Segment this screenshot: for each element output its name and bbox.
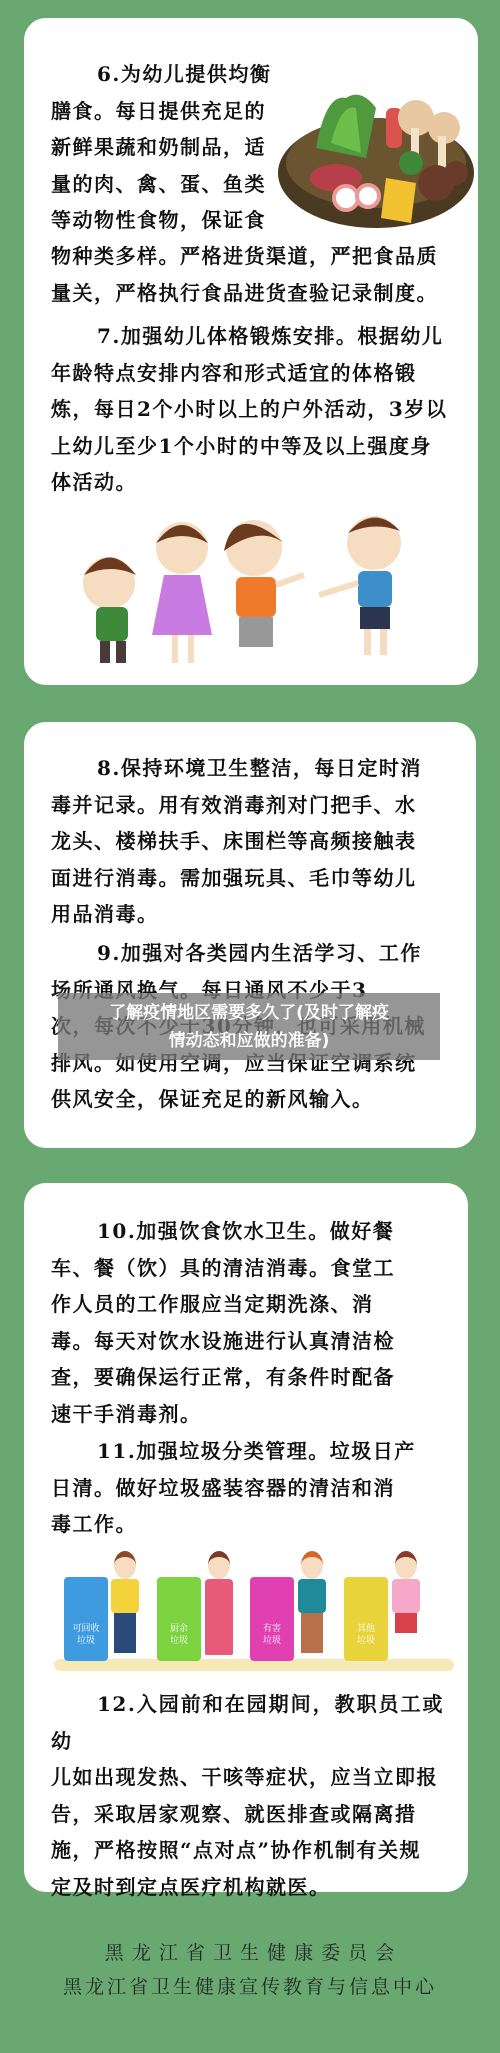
text-line: 膳食。每日提供充足的 [51,93,288,130]
text-line: 炼，每日2个小时以上的户外活动，3岁以 [51,391,454,428]
person-pink-shirt [391,1551,421,1661]
paragraph-6-diet: 6.为幼儿提供均衡 膳食。每日提供充足的 新鲜果蔬和奶制品，适 量的肉、禽、蛋、… [51,56,288,239]
bin-label: 有害 [250,1623,294,1635]
paragraph-12-symptoms: 12.入园前和在园期间，教职员工或幼 儿如出现发热、干咳等症状，应当立即报 告，… [51,1686,444,1905]
bin-label: 其他 [344,1623,388,1635]
item-number: 6. [97,62,121,86]
item-number: 11. [97,1439,136,1463]
bin-label: 厨余 [157,1623,201,1635]
item-number: 10. [97,1219,136,1243]
text-line: 速干手消毒剂。 [51,1396,444,1433]
bin-kitchen: 厨余垃圾 [157,1577,201,1661]
paragraph-10-food-water: 10.加强饮食饮水卫生。做好餐 车、餐（饮）具的清洁消毒。食堂工 作人员的工作服… [51,1213,444,1432]
footer-org-commission: 黑 龙 江 省 卫 生 健 康 委 员 会 [0,1938,500,1965]
text-line: 查，要确保运行正常，有条件时配备 [51,1359,444,1396]
text-line: 作人员的工作服应当定期洗涤、消 [51,1286,444,1323]
text-line: 为幼儿提供均衡 [121,62,272,86]
text-line: 施，严格按照“点对点”协作机制有关规 [51,1832,444,1869]
overlay-title-line1: 了解疫情地区需要多久了(及时了解疫 [58,999,440,1027]
text-line: 毒。每天对饮水设施进行认真清洁检 [51,1323,444,1360]
text-line: 定及时到定点医疗机构就医。 [51,1869,444,1906]
bin-label: 垃圾 [157,1635,201,1647]
text-line: 体活动。 [51,464,454,501]
item-number: 12. [97,1692,136,1716]
text-line: 年龄特点安排内容和形式适宜的体格锻 [51,355,454,392]
bin-label: 垃圾 [250,1635,294,1647]
person-pink-dress [204,1551,234,1661]
text-line: 面进行消毒。需加强玩具、毛巾等幼儿 [51,860,452,897]
card-hygiene-ventilation: 8.保持环境卫生整洁，每日定时消 毒并记录。用有效消毒剂对门把手、水 龙头、楼梯… [24,722,476,1148]
card-food-waste-symptoms: 10.加强饮食饮水卫生。做好餐 车、餐（饮）具的清洁消毒。食堂工 作人员的工作服… [24,1183,468,1892]
text-line: 上幼儿至少1个小时的中等及以上强度身 [51,428,454,465]
bin-hazardous: 有害垃圾 [250,1577,294,1661]
item-number: 7. [97,324,121,348]
bin-label: 垃圾 [64,1635,108,1647]
paragraph-6-continued: 物种类多样。严格进货渠道，严把食品质 量关，严格执行食品进货查验记录制度。 [51,238,454,311]
text-line: 加强饮食饮水卫生。做好餐 [136,1219,394,1243]
text-line: 毒并记录。用有效消毒剂对门把手、水 [51,787,452,824]
text-line: 量的肉、禽、蛋、鱼类 [51,166,288,203]
footer-org-center: 黑龙江省卫生健康宣传教育与信息中心 [0,1972,500,1999]
item-number: 9. [97,941,121,965]
text-line: 儿如出现发热、干咳等症状，应当立即报 [51,1759,444,1796]
text-line: 毒工作。 [51,1506,444,1543]
text-line: 物种类多样。严格进货渠道，严把食品质 [51,238,454,275]
bin-recyclable: 可回收垃圾 [64,1577,108,1661]
text-line: 车、餐（饮）具的清洁消毒。食堂工 [51,1250,444,1287]
hotpot-bowl-illustration [276,78,476,238]
text-line: 保持环境卫生整洁，每日定时消 [121,756,422,780]
text-line: 加强幼儿体格锻炼安排。根据幼儿 [121,324,444,348]
text-line: 用品消毒。 [51,896,452,933]
overlay-title-banner: 了解疫情地区需要多久了(及时了解疫 情动态和应做的准备) [58,993,440,1060]
text-line: 量关，严格执行食品进货查验记录制度。 [51,275,454,312]
overlay-title-line2: 情动态和应做的准备) [58,1027,440,1055]
bin-label: 垃圾 [344,1635,388,1647]
bin-label: 可回收 [64,1623,108,1635]
waste-sorting-illustration: 可回收垃圾 厨余垃圾 有害垃圾 其他垃圾 [64,1541,444,1671]
item-number: 8. [97,756,121,780]
paragraph-7-exercise: 7.加强幼儿体格锻炼安排。根据幼儿 年龄特点安排内容和形式适宜的体格锻 炼，每日… [51,318,454,501]
bin-other: 其他垃圾 [344,1577,388,1661]
text-line: 告，采取居家观察、就医排查或隔离措 [51,1796,444,1833]
text-line: 加强垃圾分类管理。垃圾日产 [136,1439,416,1463]
children-playing-illustration [64,503,444,683]
person-teal-shirt [297,1551,327,1661]
card-diet-exercise: 6.为幼儿提供均衡 膳食。每日提供充足的 新鲜果蔬和奶制品，适 量的肉、禽、蛋、… [24,18,478,685]
text-line: 龙头、楼梯扶手、床围栏等高频接触表 [51,823,452,860]
text-line: 日清。做好垃圾盛装容器的清洁和消 [51,1470,444,1507]
paragraph-11-waste: 11.加强垃圾分类管理。垃圾日产 日清。做好垃圾盛装容器的清洁和消 毒工作。 [51,1433,444,1543]
text-line: 加强对各类园内生活学习、工作 [121,941,422,965]
text-line: 新鲜果蔬和奶制品，适 [51,129,288,166]
text-line: 供风安全，保证充足的新风输入。 [51,1081,452,1118]
text-line: 等动物性食物，保证食 [51,202,288,239]
person-yellow-shirt [110,1551,140,1661]
paragraph-8-disinfection: 8.保持环境卫生整洁，每日定时消 毒并记录。用有效消毒剂对门把手、水 龙头、楼梯… [51,750,452,933]
